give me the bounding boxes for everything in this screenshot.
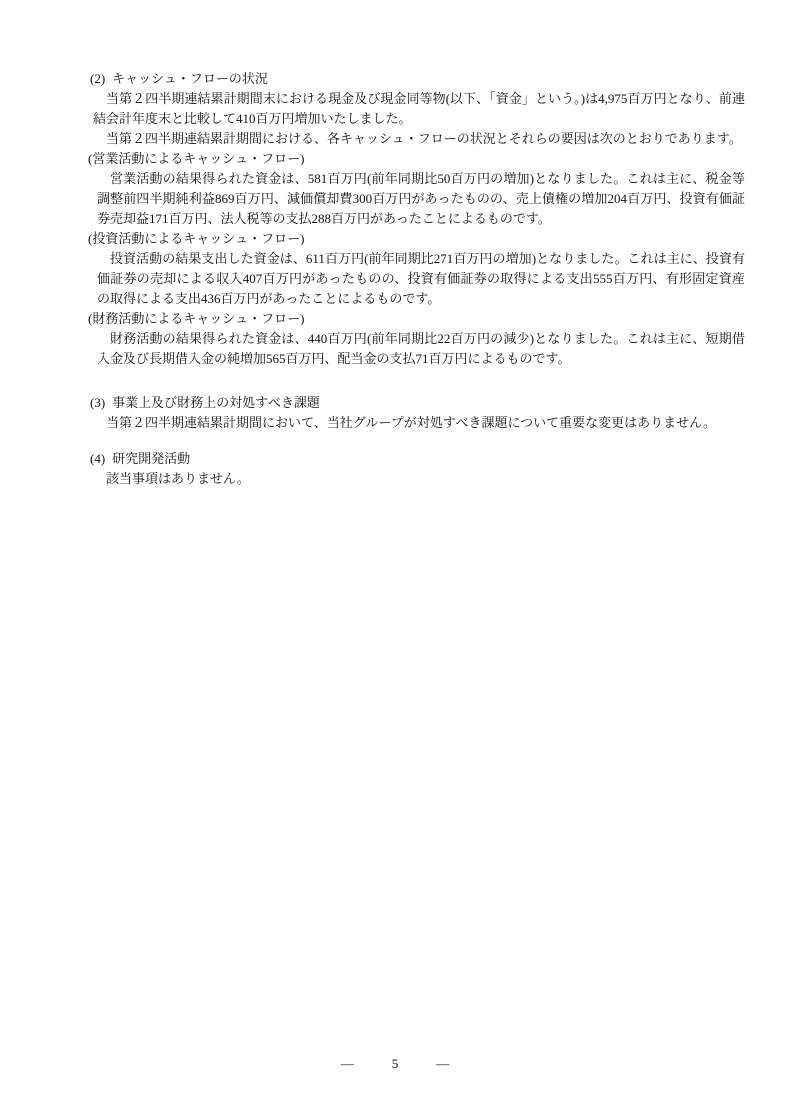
section-title: キャッシュ・フローの状況	[112, 71, 268, 86]
section-heading: (3)事業上及び財務上の対処すべき課題	[90, 393, 745, 413]
page-content: (2)キャッシュ・フローの状況 当第２四半期連結累計期間末における現金及び現金同…	[88, 69, 745, 489]
subsection-investing-cf: (投資活動によるキャッシュ・フロー) 投資活動の結果支出した資金は、611百万円…	[88, 229, 745, 309]
paragraph-cash-equivalents: 当第２四半期連結累計期間末における現金及び現金同等物(以下、「資金」という。)は…	[93, 89, 745, 129]
section-number: (2)	[90, 69, 105, 89]
section-number: (3)	[90, 393, 105, 413]
section-heading: (4)研究開発活動	[90, 449, 745, 469]
subsection-financing-cf: (財務活動によるキャッシュ・フロー) 財務活動の結果得られた資金は、440百万円…	[88, 309, 745, 369]
section-cash-flow-status: (2)キャッシュ・フローの状況 当第２四半期連結累計期間末における現金及び現金同…	[88, 69, 745, 369]
section-research-development: (4)研究開発活動 該当事項はありません。	[88, 449, 745, 489]
subsection-body: 投資活動の結果支出した資金は、611百万円(前年同期比271百万円の増加)となり…	[97, 249, 745, 309]
subsection-heading: (投資活動によるキャッシュ・フロー)	[88, 229, 745, 249]
paragraph-cf-overview: 当第２四半期連結累計期間における、各キャッシュ・フローの状況とそれらの要因は次の…	[93, 129, 745, 149]
subsection-body: 営業活動の結果得られた資金は、581百万円(前年同期比50百万円の増加)となりま…	[97, 169, 745, 229]
section-title: 研究開発活動	[112, 451, 190, 466]
footer-dash-right: ―	[436, 1054, 449, 1074]
page-number: 5	[392, 1054, 399, 1074]
section-business-financial-issues: (3)事業上及び財務上の対処すべき課題 当第２四半期連結累計期間において、当社グ…	[88, 393, 745, 433]
footer-dash-left: ―	[341, 1054, 354, 1074]
section-heading: (2)キャッシュ・フローの状況	[90, 69, 745, 89]
subsection-heading: (財務活動によるキャッシュ・フロー)	[88, 309, 745, 329]
page-footer: ― 5 ―	[0, 1054, 790, 1074]
subsection-operating-cf: (営業活動によるキャッシュ・フロー) 営業活動の結果得られた資金は、581百万円…	[88, 149, 745, 229]
document-page: (2)キャッシュ・フローの状況 当第２四半期連結累計期間末における現金及び現金同…	[0, 0, 790, 1118]
paragraph-rnd: 該当事項はありません。	[93, 469, 745, 489]
section-title: 事業上及び財務上の対処すべき課題	[112, 395, 320, 410]
section-number: (4)	[90, 449, 105, 469]
subsection-heading: (営業活動によるキャッシュ・フロー)	[88, 149, 745, 169]
subsection-body: 財務活動の結果得られた資金は、440百万円(前年同期比22百万円の減少)となりま…	[97, 329, 745, 369]
paragraph-issues: 当第２四半期連結累計期間において、当社グループが対処すべき課題について重要な変更…	[93, 413, 745, 433]
